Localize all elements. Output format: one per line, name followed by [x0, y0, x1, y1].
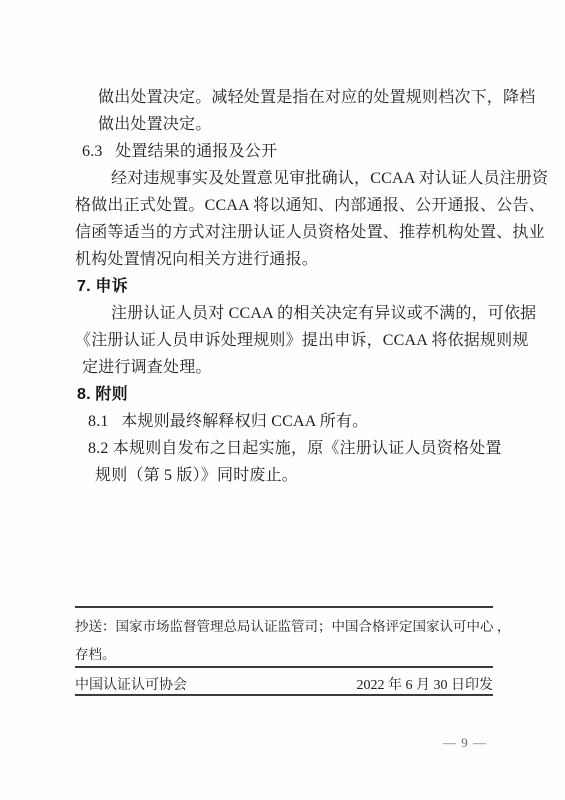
section-heading-7: 7. 申诉	[75, 273, 495, 300]
footer-divider-bottom	[75, 694, 493, 696]
footer-cc-line: 存档。	[75, 646, 495, 664]
page-number: — 9 —	[420, 735, 510, 751]
footer-divider-top	[75, 606, 493, 608]
document-page: 做出处置决定。减轻处置是指在对应的处置规则档次下，降档 做出处置决定。 6.3 …	[0, 0, 565, 800]
body-text-line: 定进行调查处理。	[75, 354, 495, 381]
body-text-line: 做出处置决定。	[75, 111, 495, 138]
footer-divider-middle	[75, 666, 493, 668]
document-body: 做出处置决定。减轻处置是指在对应的处置规则档次下，降档 做出处置决定。 6.3 …	[75, 84, 495, 489]
body-text-line: 8.2 本规则自发布之日起实施，原《注册认证人员资格处置	[75, 435, 495, 462]
body-text-line: 注册认证人员对 CCAA 的相关决定有异议或不满的，可依据	[75, 300, 495, 327]
body-text-line: 格做出正式处置。CCAA 将以通知、内部通报、公开通报、公告、	[75, 192, 495, 219]
body-text-line: 《注册认证人员申诉处理规则》提出申诉，CCAA 将依据规则规	[75, 327, 495, 354]
section-heading-8: 8. 附则	[75, 381, 495, 408]
issuer-name: 中国认证认可协会	[75, 674, 187, 694]
body-text-line: 规则（第 5 版）》同时废止。	[75, 462, 495, 489]
body-text-line: 做出处置决定。减轻处置是指在对应的处置规则档次下，降档	[75, 84, 495, 111]
body-text-line: 8.1 本规则最终解释权归 CCAA 所有。	[75, 408, 495, 435]
footer-issuer-row: 中国认证认可协会 2022 年 6 月 30 日印发	[75, 674, 493, 694]
body-text-line: 信函等适当的方式对注册认证人员资格处置、推荐机构处置、执业	[75, 219, 495, 246]
body-text-line: 机构处置情况向相关方进行通报。	[75, 246, 495, 273]
footer-cc-line: 抄送：国家市场监督管理总局认证监管司；中国合格评定国家认可中心 ，	[75, 618, 495, 636]
print-date: 2022 年 6 月 30 日印发	[357, 674, 494, 694]
subsection-heading-6-3: 6.3 处置结果的通报及公开	[75, 138, 495, 165]
body-text-line: 经对违规事实及处置意见审批确认，CCAA 对认证人员注册资	[75, 165, 495, 192]
